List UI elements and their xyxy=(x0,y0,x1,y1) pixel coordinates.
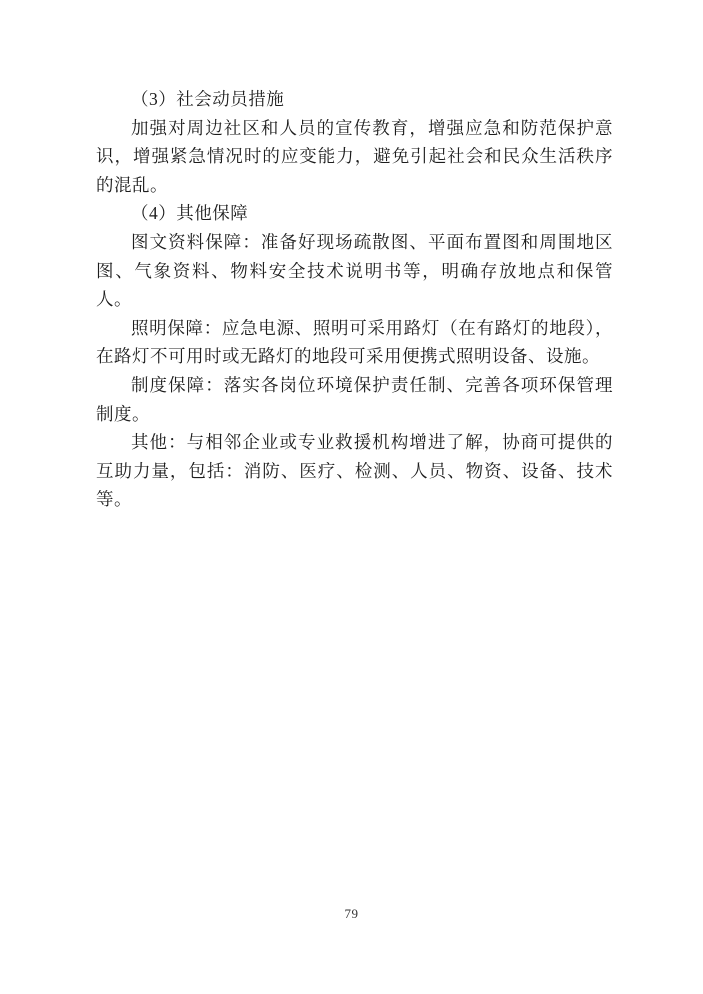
paragraph-other-mutual-aid: 其他：与相邻企业或专业救援机构增进了解，协商可提供的互助力量，包括：消防、医疗、… xyxy=(96,428,613,514)
paragraph-document-materials: 图文资料保障：准备好现场疏散图、平面布置图和周围地区图、气象资料、物料安全技术说… xyxy=(96,228,613,314)
section-heading-social-mobilization: （3）社会动员措施 xyxy=(96,85,613,114)
paragraph-lighting-safeguard: 照明保障：应急电源、照明可采用路灯（在有路灯的地段），在路灯不可用时或无路灯的地… xyxy=(96,314,613,371)
document-text-block: （3）社会动员措施 加强对周边社区和人员的宣传教育，增强应急和防范保护意识，增强… xyxy=(96,85,613,514)
paragraph-system-safeguard: 制度保障：落实各岗位环境保护责任制、完善各项环保管理制度。 xyxy=(96,371,613,428)
paragraph-social-mobilization-body: 加强对周边社区和人员的宣传教育，增强应急和防范保护意识，增强紧急情况时的应变能力… xyxy=(96,114,613,200)
document-page: （3）社会动员措施 加强对周边社区和人员的宣传教育，增强应急和防范保护意识，增强… xyxy=(0,0,703,994)
page-number: 79 xyxy=(0,906,703,922)
section-heading-other-safeguards: （4）其他保障 xyxy=(96,199,613,228)
